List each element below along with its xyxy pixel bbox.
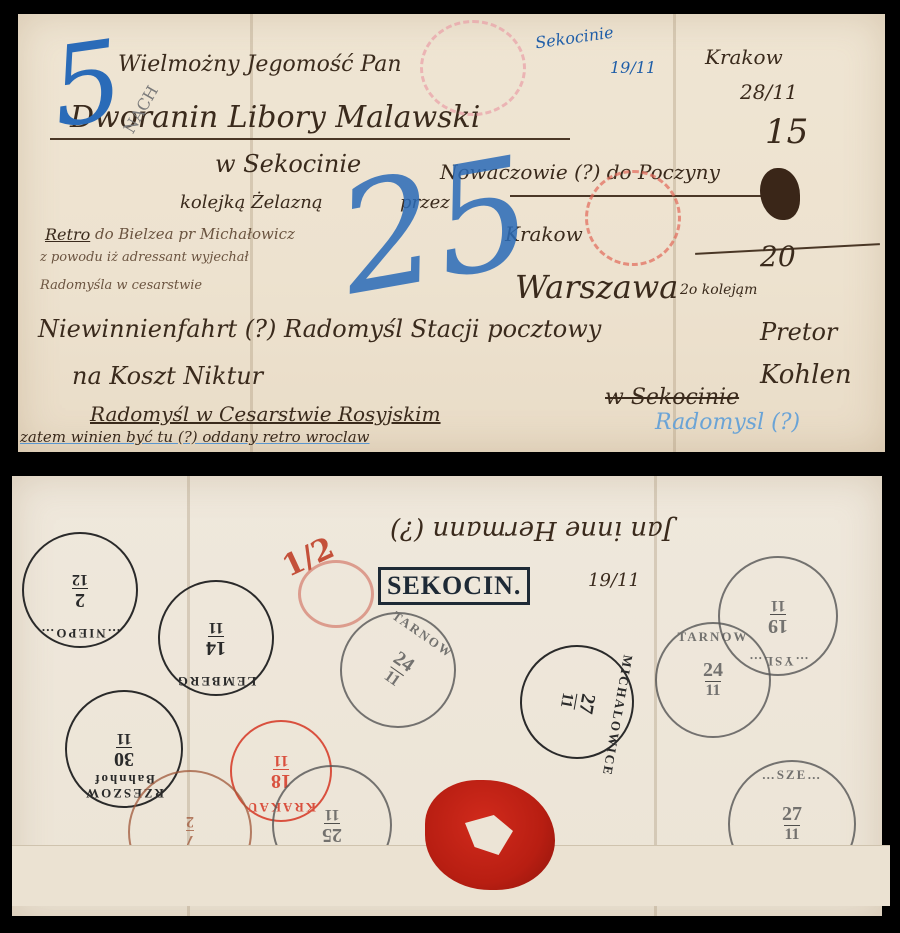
postmark: TARNOW 2411	[655, 622, 771, 738]
salutation: Wielmożny Jegomość Pan	[118, 52, 402, 77]
blue-place-note: Radomysl (?)	[655, 410, 800, 435]
blue-top-date: 19/11	[610, 58, 656, 77]
rate-15: 15	[765, 112, 808, 152]
bottom-note: zatem winien być tu (?) oddany retro wro…	[20, 428, 370, 446]
retro-label: Retro	[45, 225, 90, 244]
seal-tear	[465, 815, 513, 855]
sekocin-box-cancel: SEKOCIN.	[378, 567, 530, 605]
postmark: LEMBERG 1411	[158, 580, 274, 696]
right-signature-1: Pretor	[760, 318, 837, 346]
red-postmark-partial	[298, 560, 374, 628]
reverse-note-2: na Koszt Niktur	[72, 362, 263, 390]
blue-center-numeral: 25	[326, 125, 544, 330]
box-cancel-date: 19/11	[588, 570, 640, 591]
right-signature-2: Kohlen	[760, 360, 852, 390]
retro-note-1: do Bielzea pr Michałowicz	[95, 225, 295, 243]
retro-note-3: Radomyśla w cesarstwie	[40, 278, 202, 293]
top-right-date: 28/11	[740, 80, 798, 104]
reverse-note-1: Niewinnienfahrt (?) Radomyśl Stacji pocz…	[38, 315, 601, 343]
route-extra: 2o kolejąm	[680, 282, 757, 298]
top-right-place: Krakow	[705, 45, 783, 69]
postmark: …NIEPO… 212	[22, 532, 138, 648]
red-postmark-faint	[585, 170, 681, 266]
right-place: w Sekocinie	[605, 385, 739, 410]
reverse-note-3: Radomyśl w Cesarstwie Rosyjskim	[90, 402, 441, 426]
rail-line: kolejką Żelazną	[180, 192, 323, 213]
upside-down-note: Jan inne Hermann (?)	[390, 515, 673, 545]
retro-note-2: z powodu iż adressant wyjechał	[40, 250, 249, 265]
rate-20: 20	[760, 240, 796, 273]
pink-postmark-faint	[420, 20, 526, 116]
